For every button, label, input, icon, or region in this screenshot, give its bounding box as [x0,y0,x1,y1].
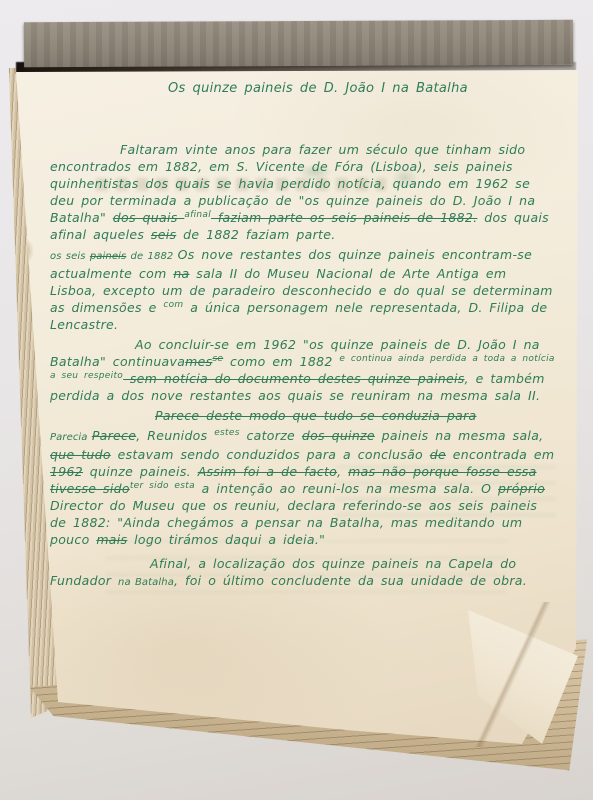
text-segment: logo tirámos daqui a ideia." [127,532,325,547]
struck-text: Assim foi a de facto [198,464,337,479]
text-segment: de 1882 faziam parte. [176,227,335,242]
struck-text: mais [96,532,127,547]
struck-text: próprio [498,481,545,496]
struck-text: que tudo [50,447,111,462]
text-segment: estavam sendo conduzidos para a conclusã… [111,447,430,462]
struck-text: dos quais [113,210,185,225]
text-segment: quinze paineis. [83,464,198,479]
struck-text: paineis [90,251,126,262]
margin-note-text: os seis [50,251,90,262]
struck-text: Parece [92,428,136,443]
text-segment: paineis na mesma sala, [375,428,544,443]
manuscript-paragraph: Parece deste modo que tudo se conduzia p… [50,407,558,424]
manuscript-paragraph: Parecia Parece, Reunidos estes catorze d… [50,427,558,548]
inserted-text: estes [214,428,239,438]
manuscript-paragraph: os seis paineis de 1882 Os nove restante… [50,246,558,333]
ink-speck [386,756,391,761]
text-segment: , [337,464,348,479]
struck-text: de [430,447,446,462]
photo-of-manuscript: Os quinze paineis de D. João I na Batalh… [0,0,593,800]
inserted-text: ter sido esta [130,481,195,491]
margin-note-text: Parecia [50,432,92,443]
struck-text: dos quinze [302,428,375,443]
struck-text: na [173,266,189,281]
margin-note-text: de 1882 [126,251,177,262]
manuscript-paragraph: Faltaram vinte anos para fazer um século… [50,141,558,243]
manuscript-paragraph: Afinal, a localização dos quinze paineis… [50,555,558,591]
text-segment: encontrada em [446,447,554,462]
struck-text: seis [151,227,176,242]
notepad-cardboard-backing [24,20,573,67]
manuscript-paragraph: Ao concluir-se em 1962 "os quinze painei… [50,336,558,404]
inserted-text: com [163,300,183,310]
inserted-text: afinal [184,210,211,220]
margin-note-text: na Batalha [118,577,174,588]
struck-text: mes [185,354,212,369]
text-segment: , Reunidos [136,428,214,443]
text-segment: como em 1882 [223,354,339,369]
manuscript-title: Os quinze paineis de D. João I na Batalh… [168,80,558,97]
struck-text: Parece deste modo que tudo se conduzia p… [155,408,476,423]
manuscript-text: Os quinze paineis de D. João I na Batalh… [50,78,558,594]
struck-text: 1962 [50,464,83,479]
text-segment: , foi o último concludente da sua unidad… [174,573,527,588]
struck-text: faziam parte os seis paineis de 1882. [211,210,477,225]
struck-text: se [212,354,223,364]
struck-text: sem notícia do documento destes quinze p… [123,371,464,386]
text-segment: catorze [240,428,302,443]
text-segment: a intenção ao reuni-los na mesma sala. O [195,481,498,496]
